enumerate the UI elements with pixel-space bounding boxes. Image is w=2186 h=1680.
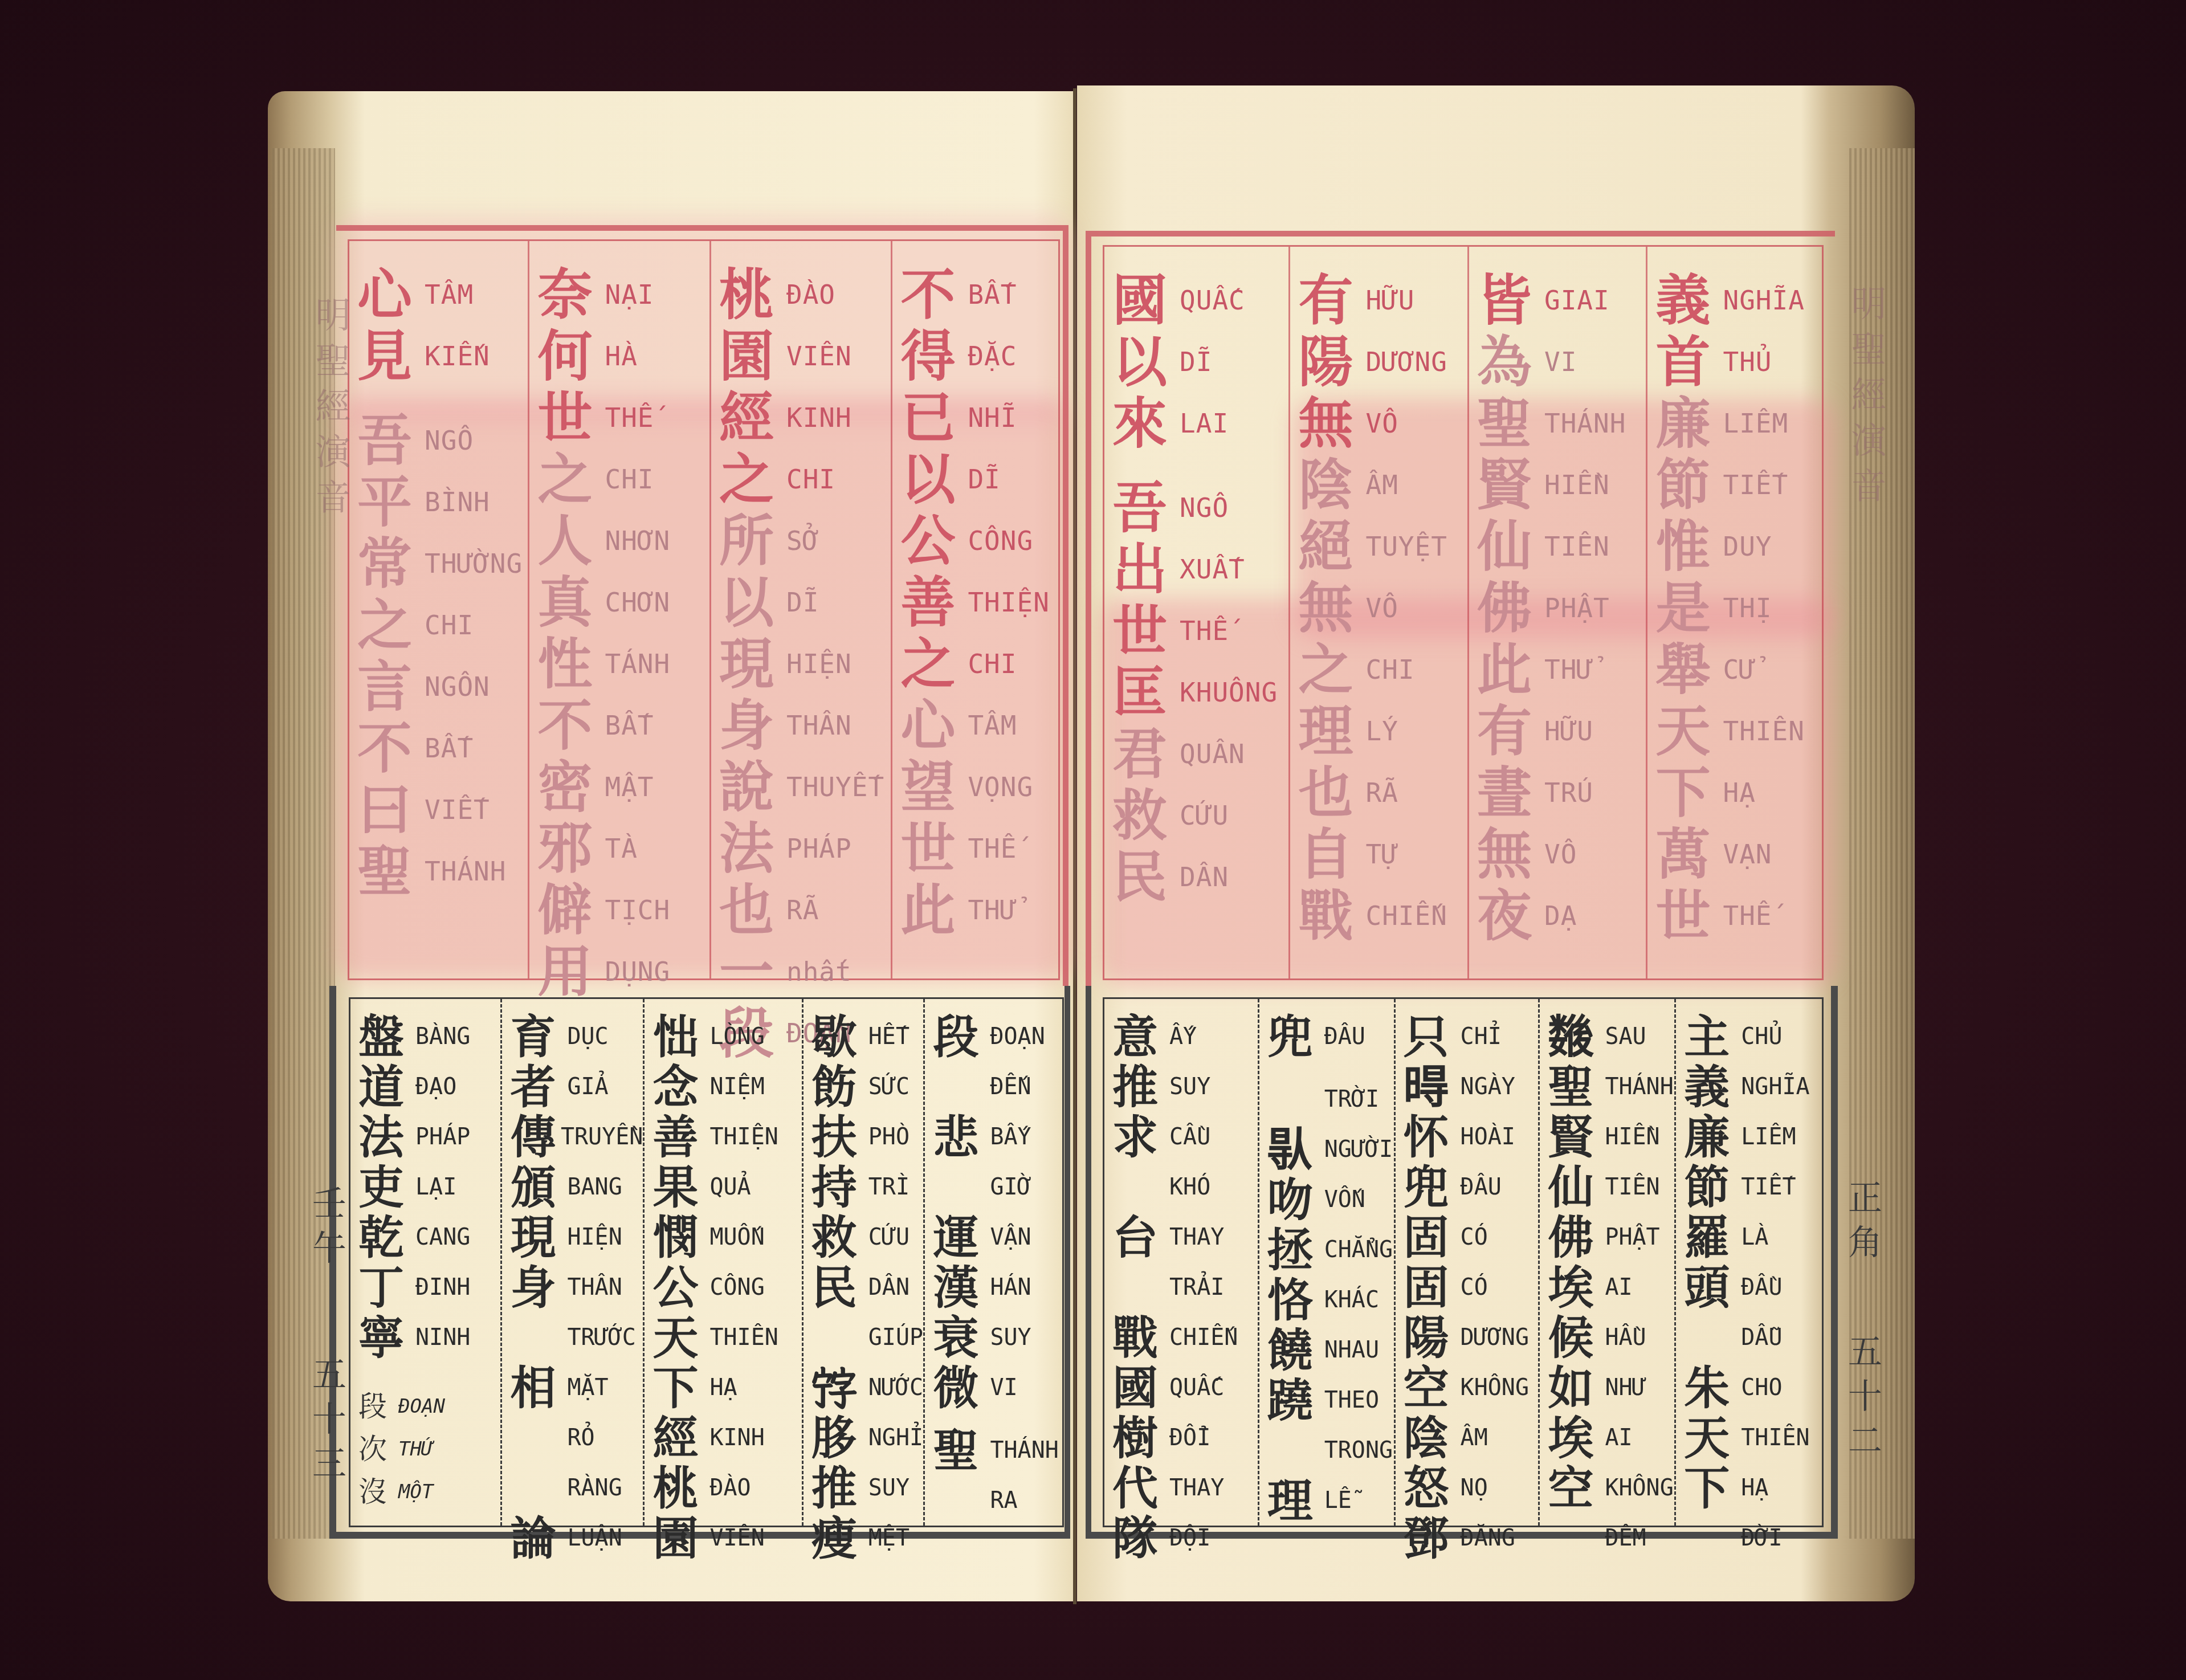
glyph-pair: 現HIỆN xyxy=(719,633,891,695)
quoc-ngu-reading: THIÊN xyxy=(1741,1413,1809,1463)
glyph-pair: 饒NHAU xyxy=(1267,1325,1394,1375)
glyph-pair: 現HIỆN xyxy=(510,1212,643,1262)
glyph-pair: 只CHỈ xyxy=(1404,1012,1539,1062)
quoc-ngu-reading: CÓ xyxy=(1461,1212,1488,1262)
glyph-pair: 下HẠ xyxy=(1655,762,1822,823)
han-character: 段 xyxy=(358,1385,398,1428)
han-character: 運 xyxy=(933,1212,990,1262)
quoc-ngu-reading: HẠ xyxy=(1741,1463,1768,1513)
quoc-ngu-reading: ĐOẠN xyxy=(990,1012,1045,1062)
han-character: 微 xyxy=(933,1363,990,1413)
left-lower-table: 盤BÀNG道ĐẠO法PHÁP吏LẠI乾CANG丁ĐINH寧NINH段ĐOẠN次T… xyxy=(349,997,1064,1527)
han-character: 頭 xyxy=(1684,1262,1741,1312)
han-character: 固 xyxy=(1404,1262,1461,1312)
glyph-pair: 國QUẤC xyxy=(1112,1363,1258,1413)
quoc-ngu-reading: DẠ xyxy=(1544,885,1577,947)
glyph-pair: 陰ÂM xyxy=(1298,454,1467,516)
quoc-ngu-reading: TRONG xyxy=(1324,1425,1393,1475)
quoc-ngu-reading: THẾ xyxy=(605,387,654,448)
han-character: 法 xyxy=(358,1112,415,1162)
glyph-pair: 固CÓ xyxy=(1404,1262,1539,1312)
glyph-pair: 埃AI xyxy=(1548,1413,1674,1463)
glyph-pair: 佛PHẬT xyxy=(1548,1212,1674,1262)
quoc-ngu-reading: KINH xyxy=(709,1413,764,1463)
han-character: 國 xyxy=(1112,270,1180,331)
han-character: 聖 xyxy=(1477,393,1544,454)
quoc-ngu-reading: MUỐN xyxy=(709,1212,764,1262)
glyph-pair: 晝TRÚ xyxy=(1477,762,1646,823)
glyph-pair: 也RÃ xyxy=(1298,762,1467,823)
quoc-ngu-reading: TIÊN xyxy=(1544,516,1610,577)
quoc-ngu-reading: HẦU xyxy=(1605,1312,1646,1363)
han-character: 心 xyxy=(357,264,425,325)
quoc-ngu-reading: BÌNH xyxy=(425,471,490,533)
han-character: 𦛜 xyxy=(933,1062,990,1112)
quoc-ngu-reading: GIAI xyxy=(1544,270,1610,331)
text-column: 意ẤY推SUY求CẦU𧁷KHÓ台THAY𠌨TRẢI戰CHIẾN國QUẤC樹ĐỔI… xyxy=(1104,999,1258,1526)
han-character: 也 xyxy=(1298,762,1365,823)
quoc-ngu-reading: BẤT xyxy=(425,717,474,779)
text-column: 育DỤC者GIẢ傳TRUYỀN頒BANG現HIỆN身THÂN𩈘TRƯỚC相MẶT… xyxy=(500,999,643,1526)
glyph-pair: 沒MỘT xyxy=(358,1471,500,1514)
han-character: 𣈙 xyxy=(1684,1513,1741,1563)
text-column: 皆GIAI為VI聖THÁNH賢HIỀN仙TIÊN佛PHẬT此THỬ有HỮU晝TR… xyxy=(1467,247,1646,978)
quoc-ngu-reading: CHI xyxy=(968,633,1017,695)
han-character: 天 xyxy=(652,1312,709,1363)
han-character: 聖 xyxy=(1548,1062,1605,1112)
quoc-ngu-reading: THEO xyxy=(1324,1375,1379,1425)
han-character: 怀 xyxy=(1404,1112,1461,1162)
glyph-pair: 䏧NGHỈ xyxy=(811,1413,924,1463)
quoc-ngu-reading: HẠ xyxy=(709,1363,737,1413)
glyph-pair: 主CHỦ xyxy=(1684,1012,1822,1062)
han-character: 天 xyxy=(1655,700,1723,762)
han-character: 瘦 xyxy=(811,1513,868,1563)
han-character: 饒 xyxy=(1267,1325,1324,1375)
quoc-ngu-reading: NINH xyxy=(415,1312,470,1363)
quoc-ngu-reading: THIỆN xyxy=(968,572,1049,633)
quoc-ngu-reading: SUY xyxy=(868,1463,910,1513)
glyph-pair: 𠌨TRẢI xyxy=(1112,1262,1258,1312)
han-character: 民 xyxy=(811,1262,868,1312)
han-character: 吏 xyxy=(358,1162,415,1212)
quoc-ngu-reading: QUẢ xyxy=(709,1162,751,1212)
quoc-ngu-reading: DUY xyxy=(1723,516,1772,577)
glyph-pair: 以DĨ xyxy=(900,448,1058,510)
han-character: 台 xyxy=(1112,1212,1169,1262)
quoc-ngu-reading: ĐOẠN xyxy=(398,1385,445,1428)
glyph-pair: 寧NINH xyxy=(358,1312,500,1363)
quoc-ngu-reading: RỎ xyxy=(567,1413,594,1463)
han-character: 奈 xyxy=(537,264,605,325)
glyph-pair: 園VIÊN xyxy=(719,325,891,387)
glyph-pair: 有HỮU xyxy=(1298,270,1467,331)
glyph-pair: 恪KHÁC xyxy=(1267,1275,1394,1325)
han-character: 得 xyxy=(900,325,968,387)
han-character: 園 xyxy=(652,1513,709,1563)
glyph-pair: 平BÌNH xyxy=(357,471,528,533)
han-character: 兜 xyxy=(1267,1012,1324,1062)
glyph-pair: 君QUÂN xyxy=(1112,723,1288,785)
han-character: 節 xyxy=(1655,454,1723,516)
quoc-ngu-reading: ÂM xyxy=(1365,454,1398,516)
glyph-pair: 桃ĐÀO xyxy=(719,264,891,325)
glyph-pair: 世THẾ xyxy=(900,818,1058,879)
glyph-pair: 絕TUYỆT xyxy=(1298,516,1467,577)
quoc-ngu-reading: QUÂN xyxy=(1180,723,1245,785)
han-character: 公 xyxy=(652,1262,709,1312)
spacer xyxy=(1267,1062,1394,1074)
glyph-pair: 之CHI xyxy=(537,448,709,510)
quoc-ngu-reading: LIÊM xyxy=(1741,1112,1796,1162)
quoc-ngu-reading: DÂN xyxy=(868,1262,910,1312)
quoc-ngu-reading: LUẬN xyxy=(567,1513,622,1563)
glyph-pair: 相MẶT xyxy=(510,1363,643,1413)
glyph-pair: 下HẠ xyxy=(652,1363,801,1413)
han-character: 國 xyxy=(1112,1363,1169,1413)
quoc-ngu-reading: DƯƠNG xyxy=(1365,331,1447,393)
glyph-pair: 飭SỨC xyxy=(811,1062,924,1112)
quoc-ngu-reading: DĨ xyxy=(968,448,1000,510)
han-character: 代 xyxy=(1112,1463,1169,1513)
han-character: 廉 xyxy=(1684,1112,1741,1162)
glyph-pair: 𦛜ĐẾN xyxy=(933,1062,1062,1112)
quoc-ngu-reading: VÔ xyxy=(1365,577,1398,639)
glyph-pair: 節TIẾT xyxy=(1684,1162,1822,1212)
quoc-ngu-reading: TÀ xyxy=(605,818,637,879)
han-character: 之 xyxy=(357,594,425,656)
quoc-ngu-reading: RÀNG xyxy=(567,1463,622,1513)
han-character: 夜 xyxy=(1477,885,1544,947)
glyph-pair: 得ĐẶC xyxy=(900,325,1058,387)
glyph-pair: 瘦MỆT xyxy=(811,1513,924,1563)
spacer xyxy=(1112,454,1288,477)
quoc-ngu-reading: NHĨ xyxy=(968,387,1017,448)
han-character: 飭 xyxy=(811,1062,868,1112)
han-character: 寧 xyxy=(358,1312,415,1363)
han-character: 何 xyxy=(537,325,605,387)
glyph-pair: 用DỤNG xyxy=(537,941,709,1002)
quoc-ngu-reading: SAU xyxy=(1605,1012,1646,1062)
han-character: 節 xyxy=(1684,1162,1741,1212)
han-character: 常 xyxy=(357,533,425,594)
glyph-pair: 者GIẢ xyxy=(510,1062,643,1112)
quoc-ngu-reading: DỤNG xyxy=(605,941,670,1002)
glyph-pair: 頭ĐẦU xyxy=(1684,1262,1822,1312)
text-column: 桃ĐÀO園VIÊN經KINH之CHI所SỞ以DĨ現HIỆN身THÂN說THUYẾ… xyxy=(709,241,891,978)
han-character: 空 xyxy=(1404,1363,1461,1413)
glyph-pair: 此THỬ xyxy=(900,879,1058,941)
han-character: 蹺 xyxy=(1267,1375,1324,1425)
quoc-ngu-reading: DẪU xyxy=(1741,1312,1782,1363)
glyph-pair: 國QUẤC xyxy=(1112,270,1288,331)
quoc-ngu-reading: LÒNG xyxy=(709,1012,764,1062)
glyph-pair: 拯CHẲNG xyxy=(1267,1225,1394,1275)
glyph-pair: 埃AI xyxy=(1548,1262,1674,1312)
glyph-pair: 善THIỆN xyxy=(900,572,1058,633)
right-margin-title: 明聖經演音 xyxy=(1841,285,1891,513)
quoc-ngu-reading: NGHĨA xyxy=(1741,1062,1809,1112)
han-character: 𡨸 xyxy=(811,1363,868,1413)
glyph-pair: 公CÔNG xyxy=(652,1262,801,1312)
quoc-ngu-reading: THIÊN xyxy=(1723,700,1804,762)
quoc-ngu-reading: NGƯỜI xyxy=(1324,1124,1393,1175)
glyph-pair: 空KHÔNG xyxy=(1404,1363,1539,1413)
glyph-pair: 身THÂN xyxy=(510,1262,643,1312)
glyph-pair: 言NGÔN xyxy=(357,656,528,717)
glyph-pair: 仙TIÊN xyxy=(1477,516,1646,577)
han-character: 見 xyxy=(357,325,425,387)
quoc-ngu-reading: THẾ xyxy=(1723,885,1772,947)
han-character: 樹 xyxy=(1112,1413,1169,1463)
quoc-ngu-reading: CANG xyxy=(415,1212,470,1262)
glyph-pair: 歇HẾT xyxy=(811,1012,924,1062)
glyph-pair: 㤕LÒNG xyxy=(652,1012,801,1062)
glyph-pair: 道ĐẠO xyxy=(358,1062,500,1112)
glyph-pair: 陰ÂM xyxy=(1404,1413,1539,1463)
han-character: 仙 xyxy=(1548,1162,1605,1212)
quoc-ngu-reading: DỤC xyxy=(567,1012,608,1062)
quoc-ngu-reading: TRUYỀN xyxy=(561,1112,643,1162)
han-character: 公 xyxy=(900,510,968,572)
quoc-ngu-reading: QUẤC xyxy=(1180,270,1245,331)
quoc-ngu-reading: DĨ xyxy=(786,572,819,633)
glyph-pair: 憫MUỐN xyxy=(652,1212,801,1262)
han-character: 法 xyxy=(719,818,786,879)
quoc-ngu-reading: MẶT xyxy=(567,1363,608,1413)
han-character: 𣎀 xyxy=(1548,1513,1605,1563)
text-column: 𢖖SAU聖THÁNH賢HIỀN仙TIÊN佛PHẬT埃AI候HẦU如NHƯ埃AI空… xyxy=(1538,999,1674,1526)
glyph-pair: 𩈘TRƯỚC xyxy=(510,1312,643,1363)
text-column: 兜ĐÂU𡗶TRỜI𠊛NGƯỜI吻VỐN拯CHẲNG恪KHÁC饒NHAU蹺THEO… xyxy=(1258,999,1394,1526)
han-character: 朱 xyxy=(1684,1363,1741,1413)
quoc-ngu-reading: NGHỈ xyxy=(868,1413,923,1463)
quoc-ngu-reading: RÃ xyxy=(786,879,819,941)
quoc-ngu-reading: BÀNG xyxy=(415,1012,470,1062)
quoc-ngu-reading: THAY xyxy=(1169,1463,1224,1513)
quoc-ngu-reading: SỨC xyxy=(868,1062,910,1112)
glyph-pair: 理LỄ xyxy=(1267,1475,1394,1526)
quoc-ngu-reading: VẠN xyxy=(1723,823,1772,885)
quoc-ngu-reading: CÔNG xyxy=(968,510,1033,572)
han-character: 𠢞 xyxy=(811,1312,868,1363)
glyph-pair: 衰SUY xyxy=(933,1312,1062,1363)
quoc-ngu-reading: VI xyxy=(990,1363,1017,1413)
quoc-ngu-reading: PHÒ xyxy=(868,1112,910,1162)
han-character: 丁 xyxy=(358,1262,415,1312)
quoc-ngu-reading: THAY xyxy=(1169,1212,1224,1262)
quoc-ngu-reading: QUẤC xyxy=(1169,1363,1224,1413)
han-character: 賢 xyxy=(1548,1112,1605,1162)
quoc-ngu-reading: VIÊN xyxy=(709,1513,764,1563)
han-character: 意 xyxy=(1112,1012,1169,1062)
glyph-pair: 之CHI xyxy=(719,448,891,510)
han-character: 果 xyxy=(652,1162,709,1212)
quoc-ngu-reading: THÂN xyxy=(567,1262,622,1312)
han-character: 以 xyxy=(900,448,968,510)
quoc-ngu-reading: LỄ xyxy=(1324,1475,1352,1526)
han-character: 沒 xyxy=(358,1471,398,1514)
quoc-ngu-reading: ĐẶC xyxy=(968,325,1017,387)
han-character: 說 xyxy=(719,756,786,818)
quoc-ngu-reading: SUY xyxy=(990,1312,1031,1363)
han-character: 君 xyxy=(1112,723,1180,785)
glyph-pair: 公CÔNG xyxy=(900,510,1058,572)
glyph-pair: 段ĐOẠN xyxy=(933,1012,1062,1062)
glyph-pair: 賢HIỀN xyxy=(1477,454,1646,516)
han-character: 匡 xyxy=(1112,662,1180,723)
glyph-pair: 夜DẠ xyxy=(1477,885,1646,947)
quoc-ngu-reading: ẤY xyxy=(1169,1012,1197,1062)
glyph-pair: 身THÂN xyxy=(719,695,891,756)
text-column: 盤BÀNG道ĐẠO法PHÁP吏LẠI乾CANG丁ĐINH寧NINH段ĐOẠN次T… xyxy=(350,999,500,1526)
han-character: 世 xyxy=(900,818,968,879)
text-column: 有HỮU陽DƯƠNG無VÔ陰ÂM絕TUYỆT無VÔ之CHI理LÝ也RÃ自TỰ戰C… xyxy=(1288,247,1467,978)
left-page-number: 五十三 xyxy=(302,1356,351,1490)
glyph-pair: 何HÀ xyxy=(537,325,709,387)
han-character: 桃 xyxy=(652,1463,709,1513)
han-character: 兜 xyxy=(1404,1162,1461,1212)
quoc-ngu-reading: GIÚP xyxy=(868,1312,923,1363)
quoc-ngu-reading: NẠI xyxy=(605,264,654,325)
quoc-ngu-reading: THỬ xyxy=(1544,639,1593,700)
han-character: 世 xyxy=(1655,885,1723,947)
han-character: 推 xyxy=(811,1463,868,1513)
quoc-ngu-reading: CHI xyxy=(605,448,654,510)
han-character: 段 xyxy=(933,1012,990,1062)
glyph-pair: 出XUẤT xyxy=(1112,539,1288,600)
han-character: 拯 xyxy=(1267,1225,1324,1275)
han-character: 陽 xyxy=(1298,331,1365,393)
quoc-ngu-reading: CỨU xyxy=(1180,785,1229,846)
glyph-pair: 天THIÊN xyxy=(652,1312,801,1363)
quoc-ngu-reading: KHUÔNG xyxy=(1180,662,1278,723)
han-character: 相 xyxy=(510,1363,567,1413)
quoc-ngu-reading: MẬT xyxy=(605,756,654,818)
han-character: 仙 xyxy=(1477,516,1544,577)
han-character: 僻 xyxy=(537,879,605,941)
glyph-pair: 一nhất xyxy=(719,941,891,1002)
glyph-pair: 意ẤY xyxy=(1112,1012,1258,1062)
glyph-pair: 不BẤT xyxy=(537,695,709,756)
han-character: 次 xyxy=(358,1428,398,1471)
glyph-pair: 盤BÀNG xyxy=(358,1012,500,1062)
glyph-pair: 之CHI xyxy=(357,594,528,656)
glyph-pair: 傳TRUYỀN xyxy=(510,1112,643,1162)
glyph-pair: 𣇞GIỜ xyxy=(933,1162,1062,1212)
glyph-pair: 世THẾ xyxy=(1655,885,1822,947)
glyph-pair: 下HẠ xyxy=(1684,1463,1822,1513)
quoc-ngu-reading: THÂN xyxy=(786,695,852,756)
glyph-pair: 以DĨ xyxy=(1112,331,1288,393)
glyph-pair: 戰CHIẾN xyxy=(1112,1312,1258,1363)
glyph-pair: 法PHÁP xyxy=(719,818,891,879)
han-character: 䏧 xyxy=(811,1413,868,1463)
right-page-number: 五十二 xyxy=(1838,1334,1887,1467)
han-character: 埃 xyxy=(1548,1413,1605,1463)
left-margin-title: 明聖經演音 xyxy=(305,296,356,524)
quoc-ngu-reading: HIỆN xyxy=(786,633,852,695)
quoc-ngu-reading: CHỦ xyxy=(1741,1012,1782,1062)
glyph-pair: 救CỨU xyxy=(1112,785,1288,846)
han-character: 言 xyxy=(357,656,425,717)
glyph-pair: 台THAY xyxy=(1112,1212,1258,1262)
glyph-pair: 吾NGÔ xyxy=(1112,477,1288,539)
glyph-pair: 空KHÔNG xyxy=(1548,1463,1674,1513)
right-margin-title-lower: 正角 xyxy=(1838,1180,1887,1269)
glyph-pair: 𣎀ĐÊM xyxy=(1548,1513,1674,1563)
quoc-ngu-reading: DƯƠNG xyxy=(1461,1312,1529,1363)
glyph-pair: 候HẦU xyxy=(1548,1312,1674,1363)
glyph-pair: 頒BANG xyxy=(510,1162,643,1212)
glyph-pair: 吻VỐN xyxy=(1267,1175,1394,1225)
left-margin-title-lower: 壬午 xyxy=(302,1185,351,1274)
han-character: 論 xyxy=(510,1513,567,1563)
quoc-ngu-reading: NHAU xyxy=(1324,1325,1379,1375)
quoc-ngu-reading: KHÔNG xyxy=(1605,1463,1673,1513)
han-character: 求 xyxy=(1112,1112,1169,1162)
han-character: 戰 xyxy=(1298,885,1365,947)
glyph-pair: 羅LÀ xyxy=(1684,1212,1822,1262)
quoc-ngu-reading: CHIẾN xyxy=(1169,1312,1238,1363)
han-character: 民 xyxy=(1112,846,1180,908)
han-character: 來 xyxy=(1112,393,1180,454)
quoc-ngu-reading: NIỆM xyxy=(709,1062,764,1112)
glyph-pair: 救CỨU xyxy=(811,1212,924,1262)
han-character: 平 xyxy=(357,471,425,533)
text-column: 歇HẾT飭SỨC扶PHÒ持TRÌ救CỨU民DÂN𠢞GIÚP𡨸NƯỚC䏧NGHỈ推… xyxy=(802,999,924,1526)
han-character: 萬 xyxy=(1655,823,1723,885)
han-character: 盤 xyxy=(358,1012,415,1062)
han-character: 世 xyxy=(1112,600,1180,662)
han-character: 埃 xyxy=(1548,1262,1605,1312)
quoc-ngu-reading: HỮU xyxy=(1365,270,1414,331)
glyph-pair: 不BẤT xyxy=(357,717,528,779)
han-character: 𣈜 xyxy=(1404,1062,1461,1112)
quoc-ngu-reading: ĐỜI xyxy=(1741,1513,1782,1563)
han-character: 皆 xyxy=(1477,270,1544,331)
han-character: 者 xyxy=(510,1062,567,1112)
quoc-ngu-reading: CHI xyxy=(786,448,835,510)
han-character: 善 xyxy=(900,572,968,633)
glyph-pair: 園VIÊN xyxy=(652,1513,801,1563)
han-character: 扶 xyxy=(811,1112,868,1162)
glyph-pair: 怒NỌ xyxy=(1404,1463,1539,1513)
han-character: 用 xyxy=(537,941,605,1002)
glyph-pair: 以DĨ xyxy=(719,572,891,633)
quoc-ngu-reading: GIẢ xyxy=(567,1062,608,1112)
glyph-pair: 真CHƠN xyxy=(537,572,709,633)
glyph-pair: 義NGHĨA xyxy=(1684,1062,1822,1112)
han-character: 𧁷 xyxy=(1112,1162,1169,1212)
text-column: 心TÂM見KIẾN吾NGÔ平BÌNH常THƯỜNG之CHI言NGÔN不BẤT曰V… xyxy=(349,241,528,978)
han-character: 惟 xyxy=(1655,516,1723,577)
quoc-ngu-reading: ĐẾN xyxy=(990,1062,1031,1112)
han-character: 舉 xyxy=(1655,639,1723,700)
han-character: 恪 xyxy=(1267,1275,1324,1325)
quoc-ngu-reading: VỌNG xyxy=(968,756,1033,818)
han-character: 經 xyxy=(652,1413,709,1463)
han-character: 下 xyxy=(652,1363,709,1413)
glyph-pair: 心TÂM xyxy=(357,264,528,325)
han-character: 戰 xyxy=(1112,1312,1169,1363)
glyph-pair: 隊ĐỘI xyxy=(1112,1513,1258,1563)
glyph-pair: 經KINH xyxy=(719,387,891,448)
glyph-pair: 萬VẠN xyxy=(1655,823,1822,885)
quoc-ngu-reading: THIÊN xyxy=(709,1312,778,1363)
quoc-ngu-reading: KHÓ xyxy=(1169,1162,1210,1212)
han-character: 身 xyxy=(719,695,786,756)
